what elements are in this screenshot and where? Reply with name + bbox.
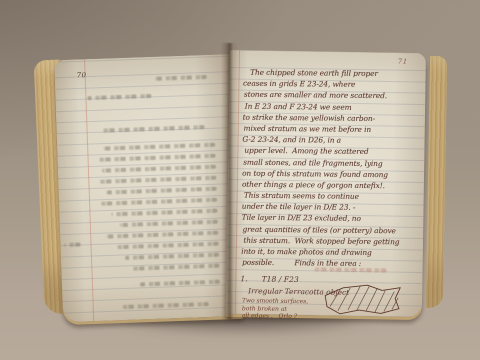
page-stack-fore-edge-right <box>426 56 447 308</box>
journal-paragraph: The chipped stone earth fill proper ceas… <box>241 67 415 270</box>
notebook: 70 71 The chipped sto <box>40 46 440 322</box>
entry-notes: Two smooth surfaces, both broken at all … <box>242 297 334 321</box>
right-page-number: 71 <box>398 58 408 66</box>
entry-grid-label: T18 / F23 <box>262 275 299 285</box>
showthrough-margin-note <box>64 242 80 247</box>
terracotta-fragment-sketch <box>322 282 407 319</box>
left-page-number: 70 <box>77 71 87 79</box>
notebook-gutter <box>221 43 238 319</box>
entry-index: 1. <box>240 274 247 283</box>
right-page: 71 The chipped stone earth fill proper c… <box>226 50 426 317</box>
entry-note-line: all edges . Orlo ? <box>242 312 334 321</box>
left-page: 70 <box>54 54 243 322</box>
find-entry-heading: 1. T18 / F23 <box>240 274 298 284</box>
photo-scene: 70 71 The chipped sto <box>0 0 480 360</box>
